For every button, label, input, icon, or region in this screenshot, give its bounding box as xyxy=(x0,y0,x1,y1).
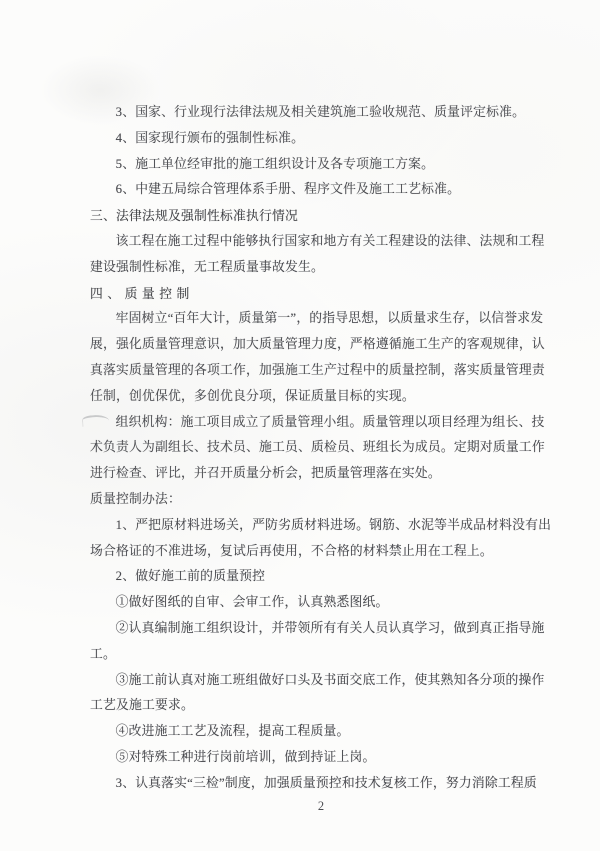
para-quality-organization: 组织机构：施工项目成立了质量管理小组。质量管理以项目经理为组长、技 术负责人为副… xyxy=(90,410,552,487)
heading-law-compliance: 三、法律法规及强制性标准执行情况 xyxy=(90,203,552,229)
scan-smudge-artifact xyxy=(82,414,110,427)
para-quality-guideline: 牢固树立“百年大计，质量第一”，的指导思想，以质量求生存，以信誉求发 展，强化质… xyxy=(90,306,552,409)
heading-quality-control: 四、质量控制 xyxy=(90,281,552,307)
para-method-2-item-3: ③施工前认真对施工班组做好口头及书面交底工作，使其熟知各分项的操作 工艺及施工要… xyxy=(90,668,552,720)
para-method-2-item-2: ②认真编制施工组织设计，并带领所有有关人员认真学习，做到真正指导施 工。 xyxy=(90,616,552,668)
document-body: 3、国家、行业现行法律法规及相关建筑施工验收规范、质量评定标准。 4、国家现行颁… xyxy=(90,100,552,797)
list-item-3: 3、国家、行业现行法律法规及相关建筑施工验收规范、质量评定标准。 xyxy=(90,100,552,126)
para-method-2-item-5: ⑤对特殊工种进行岗前培训，做到持证上岗。 xyxy=(90,745,552,771)
para-method-2: 2、做好施工前的质量预控 xyxy=(90,564,552,590)
list-item-6: 6、中建五局综合管理体系手册、程序文件及施工工艺标准。 xyxy=(90,177,552,203)
list-item-4: 4、国家现行颁布的强制性标准。 xyxy=(90,126,552,152)
list-item-5: 5、施工单位经审批的施工组织设计及各专项施工方案。 xyxy=(90,152,552,178)
page-number: 2 xyxy=(90,796,552,816)
para-law-compliance-body: 该工程在施工过程中能够执行国家和地方有关工程建设的法律、法规和工程 建设强制性标… xyxy=(90,229,552,281)
para-method-2-item-4: ④改进施工工艺及流程，提高工程质量。 xyxy=(90,719,552,745)
label-quality-control-methods: 质量控制办法： xyxy=(90,487,552,513)
para-method-3: 3、认真落实“三检”制度，加强质量预控和技术复核工作，努力消除工程质 xyxy=(90,771,552,797)
para-method-2-item-1: ①做好图纸的自审、会审工作，认真熟悉图纸。 xyxy=(90,590,552,616)
para-method-1: 1、严把原材料进场关，严防劣质材料进场。钢筋、水泥等半成品材料没有出 场合格证的… xyxy=(90,513,552,565)
scanned-document-page: 3、国家、行业现行法律法规及相关建筑施工验收规范、质量评定标准。 4、国家现行颁… xyxy=(0,0,600,851)
